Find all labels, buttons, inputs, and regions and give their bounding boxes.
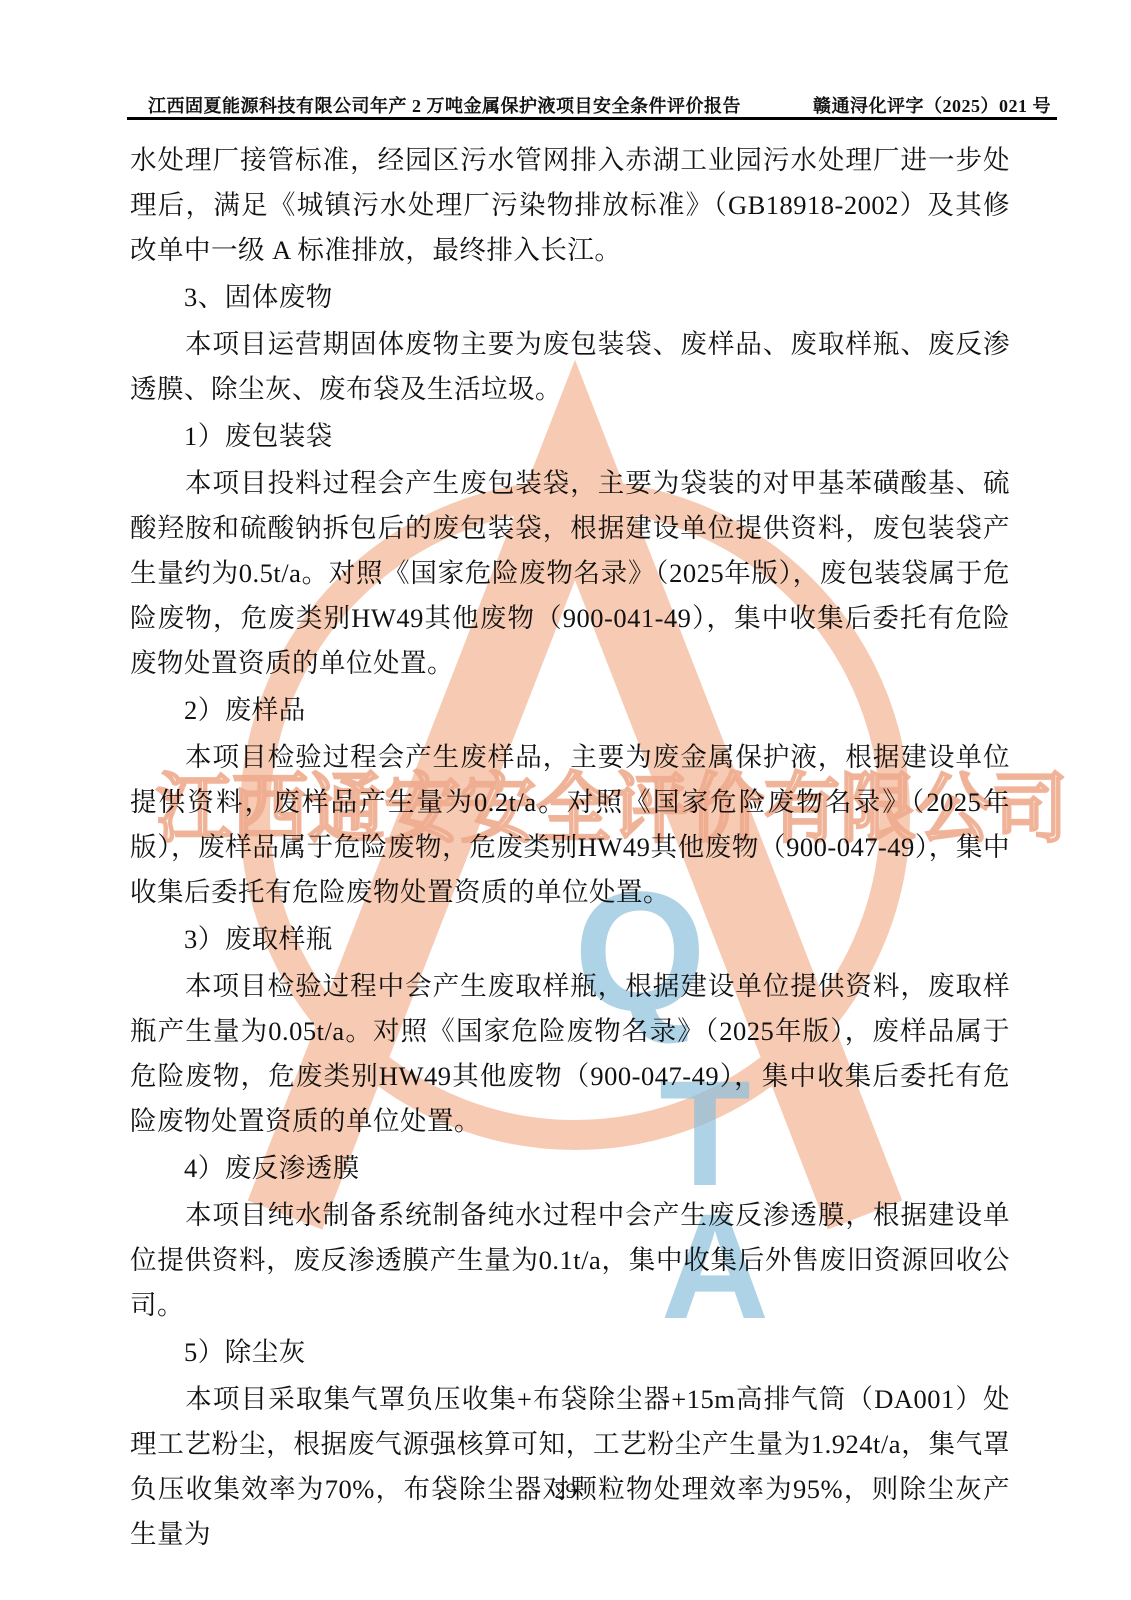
body-paragraph: 3、固体废物 bbox=[130, 275, 1010, 320]
body-paragraph: 本项目纯水制备系统制备纯水过程中会产生废反渗透膜，根据建设单位提供资料，废反渗透… bbox=[130, 1193, 1010, 1328]
body-paragraph: 本项目运营期固体废物主要为废包装袋、废样品、废取样瓶、废反渗透膜、除尘灰、废布袋… bbox=[130, 322, 1010, 412]
body-paragraph: 本项目检验过程会产生废样品，主要为废金属保护液，根据建设单位提供资料，废样品产生… bbox=[130, 735, 1010, 915]
body-paragraph: 本项目投料过程会产生废包装袋，主要为袋装的对甲基苯磺酸基、硫酸羟胺和硫酸钠拆包后… bbox=[130, 461, 1010, 686]
body-paragraph: 本项目采取集气罩负压收集+布袋除尘器+15m高排气筒（DA001）处理工艺粉尘，… bbox=[130, 1377, 1010, 1557]
page-header: 江西固夏能源科技有限公司年产 2 万吨金属保护液项目安全条件评价报告 赣通浔化评… bbox=[127, 92, 1057, 118]
header-divider-line bbox=[127, 117, 1057, 120]
body-paragraph: 5）除尘灰 bbox=[130, 1330, 1010, 1375]
document-page: Q T A 江西通安安全评价有限公司 江西固夏能源科技有限公司年产 2 万吨金属… bbox=[0, 0, 1131, 1600]
page-number: 29 bbox=[555, 1478, 577, 1503]
header-report-title: 江西固夏能源科技有限公司年产 2 万吨金属保护液项目安全条件评价报告 bbox=[148, 92, 741, 118]
document-body: 水处理厂接管标准，经园区污水管网排入赤湖工业园污水处理厂进一步处理后，满足《城镇… bbox=[130, 138, 1010, 1557]
header-doc-number: 赣通浔化评字（2025）021 号 bbox=[813, 92, 1051, 118]
body-paragraph: 3）废取样瓶 bbox=[130, 917, 1010, 962]
body-paragraph: 本项目检验过程中会产生废取样瓶，根据建设单位提供资料，废取样瓶产生量为0.05t… bbox=[130, 964, 1010, 1144]
body-paragraph: 1）废包装袋 bbox=[130, 414, 1010, 459]
body-paragraph: 水处理厂接管标准，经园区污水管网排入赤湖工业园污水处理厂进一步处理后，满足《城镇… bbox=[130, 138, 1010, 273]
page-footer: 29 bbox=[0, 1478, 1131, 1504]
body-paragraph: 4）废反渗透膜 bbox=[130, 1146, 1010, 1191]
body-paragraph: 2）废样品 bbox=[130, 688, 1010, 733]
